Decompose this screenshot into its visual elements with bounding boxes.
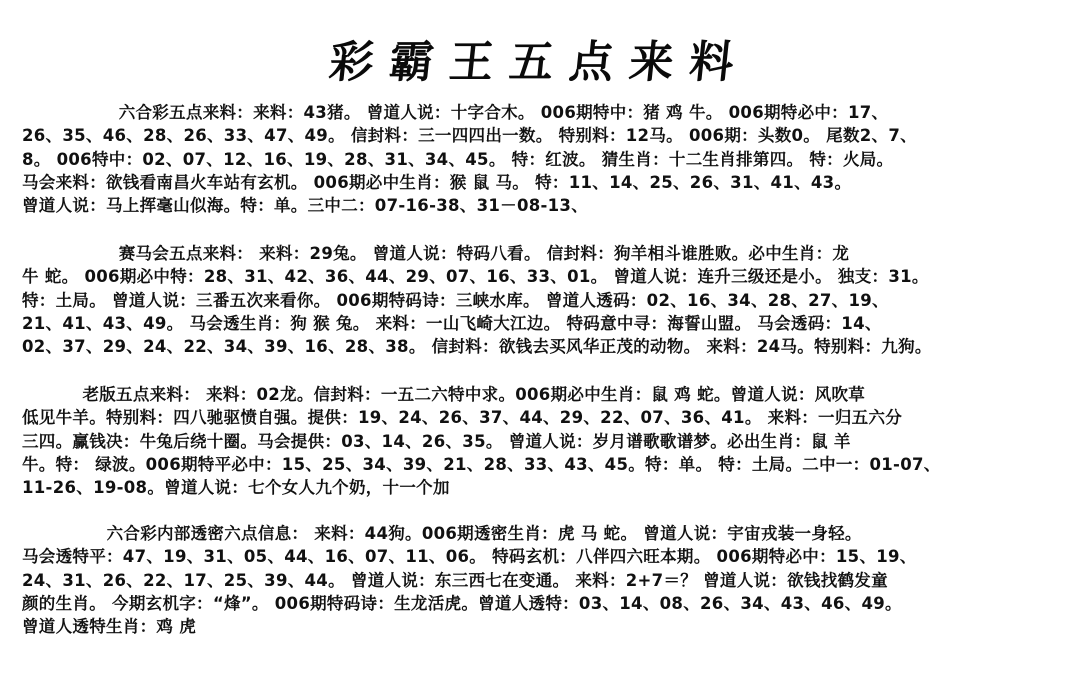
text-line: 曾道人说：马上挥毫山似海。特：单。三中二：07-16-38、31－08-13、 — [22, 194, 1062, 217]
text-line: 特：土局。 曾道人说：三番五次来看你。 006期特码诗：三峡水库。 曾道人透码：… — [22, 289, 1062, 312]
page-title: 彩霸王五点来料 — [0, 26, 1080, 90]
text-line: 六合彩五点来料：来料：43猪。 曾道人说：十字合木。 006期特中：猪 鸡 牛。… — [22, 101, 1062, 124]
text-line: 六合彩内部透密六点信息： 来料：44狗。006期透密生肖：虎 马 蛇。 曾道人说… — [22, 522, 1062, 545]
text-line: 马会来料：欲钱看南昌火车站有玄机。 006期必中生肖：猴 鼠 马。 特：11、1… — [22, 171, 1062, 194]
section-liuhecai-five-point: 六合彩五点来料：来料：43猪。 曾道人说：十字合木。 006期特中：猪 鸡 牛。… — [22, 101, 1062, 217]
text-line: 马会透特平：47、19、31、05、44、16、07、11、06。 特码玄机：八… — [22, 545, 1062, 568]
text-line: 牛 蛇。 006期必中特：28、31、42、36、44、29、07、16、33、… — [22, 265, 1062, 288]
section-old-edition-five-point: 老版五点来料： 来料：02龙。信封料：一五二六特中求。006期必中生肖：鼠 鸡 … — [22, 383, 1062, 499]
text-line: 8。 006特中：02、07、12、16、19、28、31、34、45。 特：红… — [22, 148, 1062, 171]
text-line: 24、31、26、22、17、25、39、44。 曾道人说：东三西七在变通。 来… — [22, 569, 1062, 592]
text-line: 02、37、29、24、22、34、39、16、28、38。 信封料：欲钱去买风… — [22, 335, 1062, 358]
text-line: 三四。赢钱决：牛兔后绕十圈。马会提供：03、14、26、35。 曾道人说：岁月谱… — [22, 430, 1062, 453]
text-line: 赛马会五点来料： 来料：29兔。 曾道人说：特码八看。 信封料：狗羊相斗谁胜败。… — [22, 242, 1062, 265]
section-horse-club-five-point: 赛马会五点来料： 来料：29兔。 曾道人说：特码八看。 信封料：狗羊相斗谁胜败。… — [22, 242, 1062, 358]
text-line: 颜的生肖。 今期玄机字：“烽”。 006期特码诗：生龙活虎。曾道人透特：03、1… — [22, 592, 1062, 615]
text-line: 11-26、19-08。曾道人说：七个女人九个奶，十一个加 — [22, 476, 1062, 499]
text-line: 老版五点来料： 来料：02龙。信封料：一五二六特中求。006期必中生肖：鼠 鸡 … — [22, 383, 1062, 406]
text-line: 低见牛羊。特别料：四八驰驱愤自强。提供：19、24、26、37、44、29、22… — [22, 406, 1062, 429]
section-internal-six-point: 六合彩内部透密六点信息： 来料：44狗。006期透密生肖：虎 马 蛇。 曾道人说… — [22, 522, 1062, 638]
text-line: 21、41、43、49。 马会透生肖：狗 猴 兔。 来料：一山飞崎大江边。 特码… — [22, 312, 1062, 335]
text-line: 26、35、46、28、26、33、47、49。 信封料：三一四四出一数。 特别… — [22, 124, 1062, 147]
text-line: 曾道人透特生肖：鸡 虎 — [22, 615, 1062, 638]
text-line: 牛。特： 绿波。006期特平必中：15、25、34、39、21、28、33、43… — [22, 453, 1062, 476]
